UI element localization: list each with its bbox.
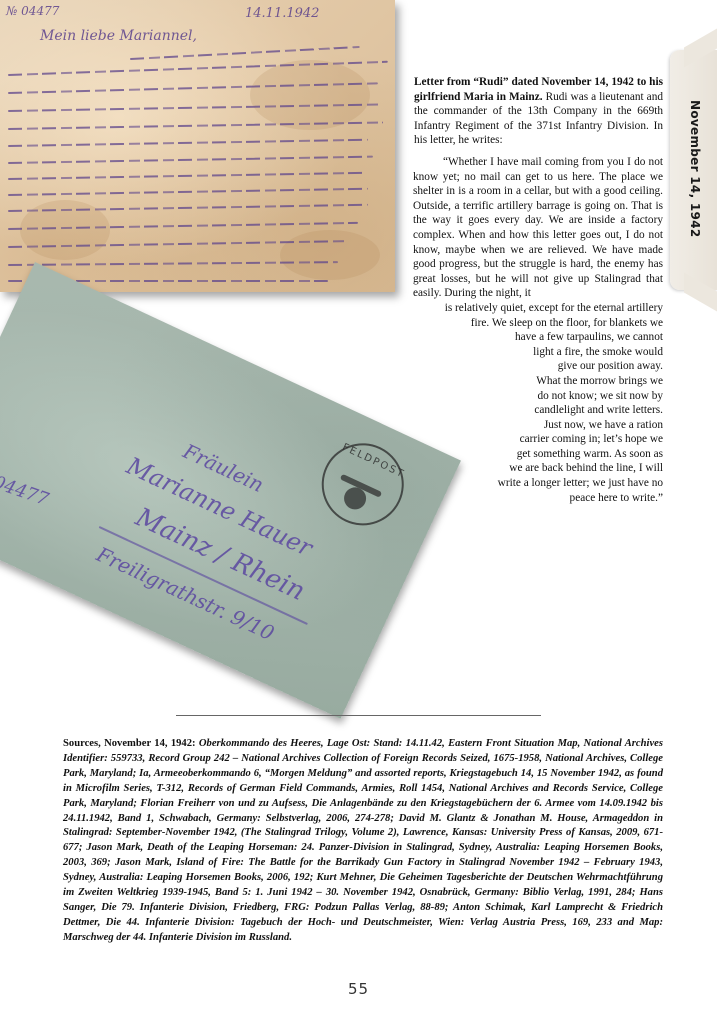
quote-paragraph: “Whether I have mail coming from you I d… xyxy=(413,155,663,301)
letter-salutation: Mein liebe Mariannel, xyxy=(40,28,197,44)
quote-line: have a few tarpaulins, we cannot xyxy=(413,330,663,345)
quote-line: What the morrow brings we xyxy=(413,374,663,389)
letter-header-right: 14.11.1942 xyxy=(245,6,319,21)
handwriting-line xyxy=(130,46,360,60)
quote-line: candlelight and write letters. xyxy=(413,403,663,418)
quote-line: light a fire, the smoke would xyxy=(413,345,663,360)
quote-line: fire. We sleep on the floor, for blanket… xyxy=(413,316,663,331)
section-divider xyxy=(176,715,541,716)
letter-caption: Letter from “Rudi” dated November 14, 19… xyxy=(414,75,663,148)
postmark-stamp: FELDPOST xyxy=(308,430,417,539)
handwriting-line xyxy=(8,139,368,147)
handwriting-line xyxy=(8,156,373,164)
envelope-photo: FELDPOST Fräulein Marianne Hauer Mainz /… xyxy=(0,262,461,719)
quote-line: get something warm. As soon as xyxy=(413,447,663,462)
quote-line: give our position away. xyxy=(413,359,663,374)
sources-label: Sources, November 14, 1942: xyxy=(63,738,196,749)
quote-line: Just now, we have a ration xyxy=(413,418,663,433)
chapter-date-label: November 14, 1942 xyxy=(682,100,702,238)
quote-line: do not know; we sit now by xyxy=(413,389,663,404)
handwriting-line xyxy=(8,188,368,196)
quote-wrapped-lines: is relatively quiet, except for the eter… xyxy=(413,301,663,505)
letter-quote: “Whether I have mail coming from you I d… xyxy=(413,155,663,505)
sources-text: Oberkommando des Heeres, Lage Ost: Stand… xyxy=(63,738,663,943)
handwriting-line xyxy=(8,172,363,180)
sender-mark: Fp. 04477 xyxy=(0,460,51,510)
chapter-date-tab: November 14, 1942 xyxy=(670,50,717,290)
page-number: 55 xyxy=(0,980,717,998)
letter-photo: № 04477 14.11.1942 Mein liebe Mariannel, xyxy=(0,0,395,292)
quote-line: we are back behind the line, I will xyxy=(413,461,663,476)
quote-line: write a longer letter; we just have no xyxy=(413,476,663,491)
paper-stain xyxy=(280,230,380,280)
letter-header-left: № 04477 xyxy=(6,4,59,18)
quote-line: peace here to write.” xyxy=(413,491,663,506)
paper-stain xyxy=(250,60,370,130)
quote-line: carrier coming in; let’s hope we xyxy=(413,432,663,447)
quote-line: is relatively quiet, except for the eter… xyxy=(413,301,663,316)
sources-footnote: Sources, November 14, 1942: Oberkommando… xyxy=(63,737,663,946)
